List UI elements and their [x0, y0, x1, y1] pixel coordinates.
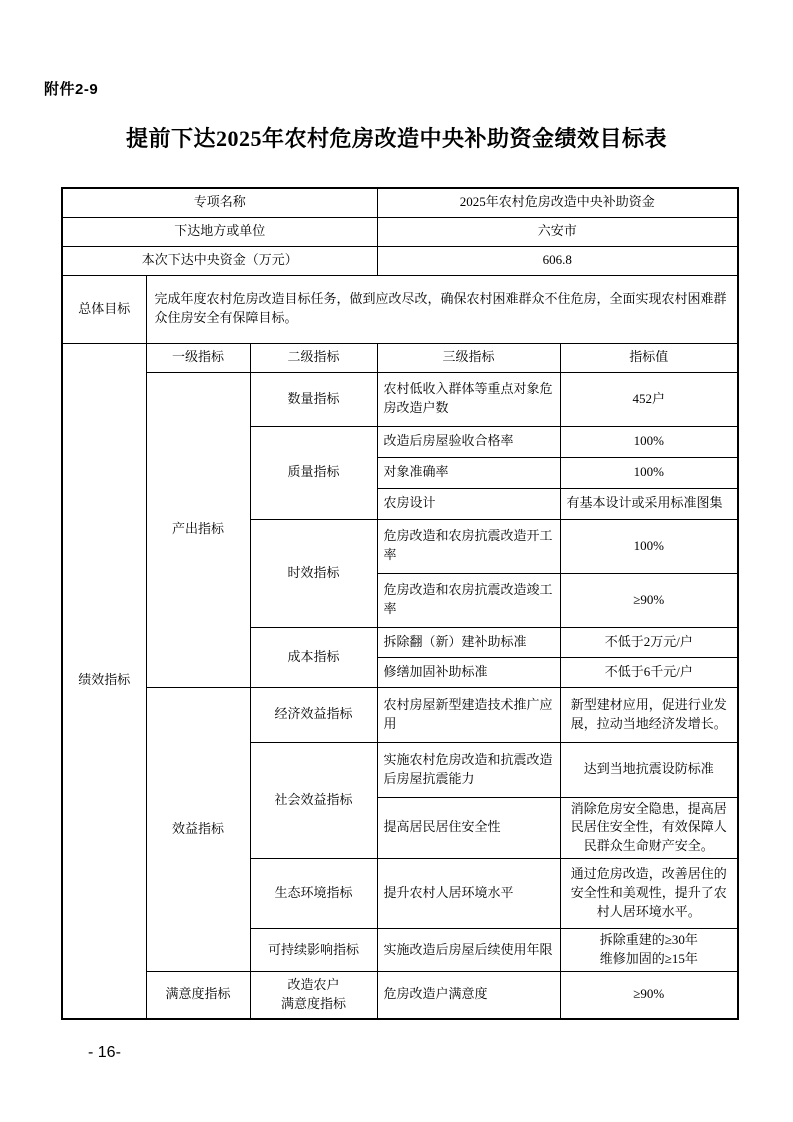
overall-goal-label: 总体目标: [62, 275, 146, 343]
info-row-project-name: 专项名称 2025年农村危房改造中央补助资金: [62, 188, 738, 217]
cell-value: 新型建材应用，促进行业发展，拉动当地经济发增长。: [560, 687, 738, 742]
cell-l3: 改造后房屋验收合格率: [377, 426, 560, 457]
cell-l1-output: 产出指标: [146, 372, 250, 687]
cell-value: 拆除重建的≥30年 维修加固的≥15年: [560, 929, 738, 972]
cell-value: 达到当地抗震设防标准: [560, 742, 738, 797]
cell-l2-social: 社会效益指标: [250, 742, 377, 859]
overall-goal-text: 完成年度农村危房改造目标任务，做到应改尽改，确保农村困难群众不住危房，全面实现农…: [146, 275, 738, 343]
cell-value: 100%: [560, 457, 738, 488]
info-label: 下达地方或单位: [62, 217, 377, 246]
cell-l3: 提升农村人居环境水平: [377, 859, 560, 929]
performance-section-label: 绩效指标: [62, 343, 146, 1019]
cell-value: ≥90%: [560, 573, 738, 627]
page-title: 提前下达2025年农村危房改造中央补助资金绩效目标表: [0, 122, 793, 153]
cell-l2-timeliness: 时效指标: [250, 519, 377, 627]
cell-value: 100%: [560, 519, 738, 573]
info-value: 六安市: [377, 217, 738, 246]
cell-l2-satisfaction: 改造农户 满意度指标: [250, 972, 377, 1019]
attachment-label: 附件2-9: [44, 78, 98, 99]
table-row: 效益指标 经济效益指标 农村房屋新型建造技术推广应用 新型建材应用，促进行业发展…: [62, 687, 738, 742]
info-value: 2025年农村危房改造中央补助资金: [377, 188, 738, 217]
performance-target-table: 专项名称 2025年农村危房改造中央补助资金 下达地方或单位 六安市 本次下达中…: [61, 187, 739, 1020]
cell-l2-quality: 质量指标: [250, 426, 377, 519]
cell-l3: 实施改造后房屋后续使用年限: [377, 929, 560, 972]
header-l3: 三级指标: [377, 343, 560, 372]
cell-value: ≥90%: [560, 972, 738, 1019]
cell-l3: 农村房屋新型建造技术推广应用: [377, 687, 560, 742]
cell-l2-sustainable: 可持续影响指标: [250, 929, 377, 972]
info-label: 本次下达中央资金（万元）: [62, 246, 377, 275]
cell-l2-quantity: 数量指标: [250, 372, 377, 426]
cell-value: 100%: [560, 426, 738, 457]
cell-value: 不低于6千元/户: [560, 657, 738, 687]
cell-l3: 农村低收入群体等重点对象危房改造户数: [377, 372, 560, 426]
document-page: 附件2-9 提前下达2025年农村危房改造中央补助资金绩效目标表 专项名称 20…: [0, 0, 793, 1122]
table-row: 满意度指标 改造农户 满意度指标 危房改造户满意度 ≥90%: [62, 972, 738, 1019]
cell-l1-benefit: 效益指标: [146, 687, 250, 972]
table-row: 产出指标 数量指标 农村低收入群体等重点对象危房改造户数 452户: [62, 372, 738, 426]
cell-l3: 实施农村危房改造和抗震改造后房屋抗震能力: [377, 742, 560, 797]
performance-header-row: 绩效指标 一级指标 二级指标 三级指标 指标值: [62, 343, 738, 372]
info-value: 606.8: [377, 246, 738, 275]
cell-l3: 提高居民居住安全性: [377, 797, 560, 859]
info-row-region: 下达地方或单位 六安市: [62, 217, 738, 246]
cell-l3: 危房改造和农房抗震改造开工率: [377, 519, 560, 573]
cell-l3: 修缮加固补助标准: [377, 657, 560, 687]
cell-l2-economic: 经济效益指标: [250, 687, 377, 742]
cell-l2-cost: 成本指标: [250, 627, 377, 687]
cell-l3: 农房设计: [377, 488, 560, 519]
cell-l3: 拆除翻（新）建补助标准: [377, 627, 560, 657]
cell-value: 通过危房改造，改善居住的安全性和美观性，提升了农村人居环境水平。: [560, 859, 738, 929]
cell-value: 不低于2万元/户: [560, 627, 738, 657]
cell-l3: 对象准确率: [377, 457, 560, 488]
header-value: 指标值: [560, 343, 738, 372]
page-number: - 16-: [88, 1044, 121, 1062]
info-label: 专项名称: [62, 188, 377, 217]
cell-value: 452户: [560, 372, 738, 426]
overall-goal-row: 总体目标 完成年度农村危房改造目标任务，做到应改尽改，确保农村困难群众不住危房，…: [62, 275, 738, 343]
cell-l3: 危房改造户满意度: [377, 972, 560, 1019]
cell-value: 消除危房安全隐患，提高居民居住安全性，有效保障人民群众生命财产安全。: [560, 797, 738, 859]
cell-l1-satisfaction: 满意度指标: [146, 972, 250, 1019]
cell-l2-ecological: 生态环境指标: [250, 859, 377, 929]
cell-l3: 危房改造和农房抗震改造竣工率: [377, 573, 560, 627]
header-l2: 二级指标: [250, 343, 377, 372]
info-row-funds: 本次下达中央资金（万元） 606.8: [62, 246, 738, 275]
cell-value: 有基本设计或采用标准图集: [560, 488, 738, 519]
header-l1: 一级指标: [146, 343, 250, 372]
